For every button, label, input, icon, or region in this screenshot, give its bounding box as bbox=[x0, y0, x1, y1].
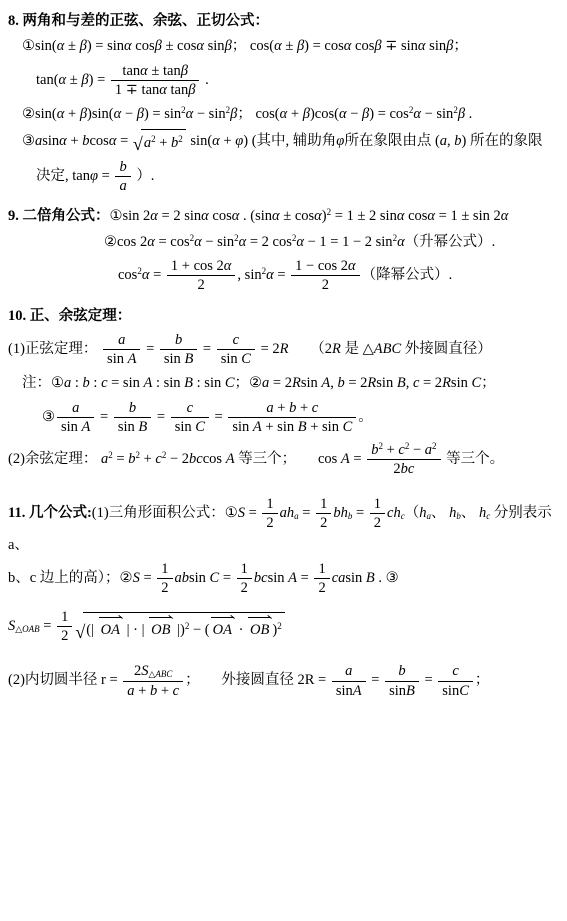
text-run: tan bbox=[167, 82, 188, 98]
math-variable: α bbox=[296, 234, 304, 250]
math-variable: β bbox=[188, 82, 195, 98]
text-run: sin bbox=[164, 351, 185, 367]
text-run: sin bbox=[451, 375, 472, 391]
text-run: （降幂公式）. bbox=[362, 267, 453, 283]
math-variable: A bbox=[82, 419, 91, 435]
math-variable: b bbox=[333, 505, 340, 521]
text-run: + bbox=[274, 400, 289, 416]
fraction: csin C bbox=[171, 399, 209, 436]
math-variable: B bbox=[298, 419, 307, 435]
text-run: = bbox=[421, 672, 436, 688]
fraction-numerator: 2S△ABC bbox=[123, 662, 183, 680]
text-run: = bbox=[274, 267, 289, 283]
text-run: 。 bbox=[358, 409, 373, 425]
math-variable: a bbox=[280, 505, 287, 521]
fraction-denominator: sin A + sin B + sin C bbox=[228, 417, 356, 436]
text-run: ；② bbox=[235, 375, 263, 391]
heading-text: 8. 两角和与差的正弦、余弦、正切公式： bbox=[8, 13, 269, 29]
fraction-denominator: a bbox=[115, 176, 130, 195]
math-variable: α bbox=[501, 208, 509, 224]
text-run: ± tan bbox=[148, 63, 181, 79]
sec10-sine-rule-extended: ③asin A = bsin B = csin C = a + b + csin… bbox=[42, 398, 563, 437]
fraction-denominator: sin B bbox=[114, 417, 151, 436]
math-variable: b bbox=[83, 375, 90, 391]
text-run: ± bbox=[64, 38, 79, 54]
text-run: sin bbox=[376, 375, 397, 391]
sec11-area-vector-formula: S△OAB = 12√(| OA | · | OB |)2 − (OA · OB… bbox=[8, 607, 563, 646]
text-run: (1)三角形面积公式：① bbox=[92, 505, 238, 521]
text-run: = bbox=[352, 505, 367, 521]
text-run: . ③ bbox=[375, 570, 399, 586]
math-variable: C bbox=[241, 351, 251, 367]
fraction-numerator: b bbox=[160, 331, 197, 349]
text-run: 、 bbox=[431, 505, 449, 521]
text-run: ± bbox=[66, 72, 81, 88]
text-run: 2 bbox=[241, 580, 248, 596]
math-variable: a bbox=[425, 442, 432, 458]
text-run: ②cos 2 bbox=[104, 234, 147, 250]
math-variable: b bbox=[398, 663, 405, 679]
math-variable: α bbox=[397, 234, 405, 250]
text-run: 所在象限由点 ( bbox=[344, 133, 439, 149]
math-variable: C bbox=[459, 683, 469, 699]
text-run: = bbox=[245, 505, 260, 521]
math-variable: α bbox=[266, 267, 274, 283]
fraction: 2S△ABCa + b + c bbox=[123, 662, 183, 699]
math-variable: c bbox=[187, 400, 193, 416]
sec8-auxiliary-angle: ③asinα + bcosα = √a2 + b2 sin(α + φ) (其中… bbox=[22, 129, 563, 154]
text-run: = bbox=[113, 451, 128, 467]
math-variable: β bbox=[80, 38, 87, 54]
math-variable: α bbox=[413, 106, 421, 122]
text-run: . bbox=[465, 106, 472, 122]
text-run: = bbox=[153, 409, 168, 425]
text-run: + bbox=[287, 106, 302, 122]
text-run: 1 bbox=[61, 609, 68, 625]
text-run: : sin bbox=[193, 375, 225, 391]
fraction: 12 bbox=[316, 495, 331, 532]
math-variable: ca bbox=[332, 570, 346, 586]
math-variable: β bbox=[81, 72, 88, 88]
fraction: 12 bbox=[370, 495, 385, 532]
vector-overline: OB bbox=[248, 619, 271, 641]
text-run: = bbox=[350, 451, 365, 467]
fraction-denominator: 2 bbox=[314, 578, 329, 597]
text-run: sin bbox=[268, 570, 289, 586]
sec8-heading: 8. 两角和与差的正弦、余弦、正切公式： bbox=[8, 10, 563, 32]
text-run: 1 bbox=[320, 496, 327, 512]
text-run: （升幂公式）. bbox=[405, 234, 496, 250]
text-run: (2)余弦定理： bbox=[8, 451, 101, 467]
math-variable: β bbox=[458, 106, 465, 122]
fraction-denominator: 2 bbox=[167, 275, 236, 294]
fraction-denominator: sin A bbox=[103, 349, 140, 368]
text-run: sin bbox=[389, 683, 406, 699]
text-run: sin bbox=[204, 38, 225, 54]
fraction-denominator: 2bc bbox=[367, 459, 440, 478]
text-run: 1 bbox=[161, 561, 168, 577]
fraction: 1 − cos 2α2 bbox=[291, 257, 360, 294]
text-run: cos bbox=[404, 208, 427, 224]
superscript: 2 bbox=[432, 441, 437, 451]
text-run: | · | bbox=[123, 622, 148, 638]
math-variable: β bbox=[303, 106, 310, 122]
text-run: b、c 边上的高）；② bbox=[8, 570, 133, 586]
fraction-numerator: b bbox=[385, 662, 419, 680]
math-variable: h bbox=[393, 505, 400, 521]
fraction: asin A bbox=[103, 331, 140, 368]
sec8-product-formula: ②sin(α + β)sin(α − β) = sin2α − sin2β； c… bbox=[22, 103, 563, 125]
text-run: = bbox=[149, 267, 164, 283]
text-run: 2 bbox=[374, 515, 381, 531]
math-variable: α bbox=[224, 258, 232, 274]
math-variable: S bbox=[133, 570, 140, 586]
fraction-numerator: c bbox=[438, 662, 473, 680]
text-run: = bbox=[297, 570, 312, 586]
math-variable: C bbox=[210, 570, 220, 586]
text-run: ± cos bbox=[280, 208, 315, 224]
text-run: cos bbox=[89, 133, 108, 149]
math-variable: b bbox=[119, 159, 126, 175]
fraction-numerator: 1 bbox=[314, 560, 329, 578]
text-run: ； bbox=[453, 38, 468, 54]
text-run: = bbox=[116, 133, 131, 149]
math-variable: b bbox=[175, 332, 182, 348]
math-variable: b bbox=[129, 400, 136, 416]
sec9-power-reduce: cos2α = 1 + cos 2α2, sin2α = 1 − cos 2α2… bbox=[118, 256, 563, 295]
text-run: ) = sin bbox=[144, 106, 181, 122]
text-run: tan( bbox=[36, 72, 59, 88]
text-run: 是 △ bbox=[341, 341, 374, 357]
math-variable: C bbox=[225, 375, 235, 391]
sec11-area-formula-1: 11. 几个公式:(1)三角形面积公式：①S = 12aha = 12bhb =… bbox=[8, 494, 563, 556]
text-run: 1 bbox=[318, 561, 325, 577]
text-run: 2 bbox=[198, 277, 205, 293]
text-run: 2 bbox=[322, 277, 329, 293]
text-run: − 1 = 1 − 2 sin bbox=[304, 234, 393, 250]
fraction-numerator: c bbox=[171, 399, 209, 417]
math-variable: α bbox=[147, 234, 155, 250]
text-run: = bbox=[299, 505, 314, 521]
sec11-radius-formulas: (2)内切圆半径 r = 2S△ABCa + b + c；外接圆直径 2R = … bbox=[8, 661, 563, 700]
fraction-denominator: a + b + c bbox=[123, 681, 183, 700]
text-run: ）. bbox=[133, 168, 155, 184]
text-run: ； bbox=[475, 672, 490, 688]
math-variable: A bbox=[288, 570, 297, 586]
fraction-denominator: 2 bbox=[316, 513, 331, 532]
fraction: asinA bbox=[332, 662, 366, 699]
math-variable: OB bbox=[250, 622, 269, 638]
text-run: . (sin bbox=[239, 208, 272, 224]
math-variable: α bbox=[140, 63, 148, 79]
math-variable: c bbox=[233, 332, 239, 348]
text-run: = 2 sin bbox=[158, 208, 201, 224]
text-run: 1 − cos 2 bbox=[295, 258, 348, 274]
text-run: − bbox=[409, 442, 424, 458]
fraction-denominator: sin B bbox=[160, 349, 197, 368]
fraction-numerator: b2 + c2 − a2 bbox=[367, 441, 440, 459]
fraction-denominator: sinB bbox=[385, 681, 419, 700]
fraction-denominator: 2 bbox=[291, 275, 360, 294]
text-run: = 2 bbox=[269, 375, 292, 391]
fraction-numerator: b bbox=[115, 158, 130, 176]
math-variable: B bbox=[184, 351, 193, 367]
sec10-heading: 10. 正、余弦定理： bbox=[8, 305, 563, 327]
text-run: 1 bbox=[241, 561, 248, 577]
math-variable: A bbox=[143, 375, 152, 391]
text-run: = sin bbox=[108, 375, 144, 391]
text-run: = bbox=[219, 570, 234, 586]
text-run: 1 bbox=[374, 496, 381, 512]
fraction-numerator: 1 bbox=[57, 608, 72, 626]
text-run: sin bbox=[426, 38, 447, 54]
math-variable: α bbox=[418, 38, 426, 54]
vector-overline: OB bbox=[149, 619, 172, 641]
math-variable: α bbox=[159, 82, 167, 98]
text-run: sin bbox=[42, 133, 59, 149]
fraction: tanα ± tanβ1 ∓ tanα tanβ bbox=[111, 62, 200, 99]
math-variable: A bbox=[128, 351, 137, 367]
text-run: − bbox=[347, 106, 362, 122]
fraction-numerator: c bbox=[217, 331, 255, 349]
text-run: sin bbox=[345, 570, 366, 586]
math-variable: A bbox=[253, 419, 262, 435]
text-run: ) = sin bbox=[87, 38, 124, 54]
text-run: + sin bbox=[262, 419, 298, 435]
fraction-numerator: 1 + cos 2α bbox=[167, 257, 236, 275]
text-run: 2 bbox=[318, 580, 325, 596]
text-run: + bbox=[296, 400, 311, 416]
text-run: = bbox=[98, 168, 113, 184]
sec10-sine-rule: (1)正弦定理： asin A = bsin B = csin C = 2R（2… bbox=[8, 330, 563, 369]
text-run: : sin bbox=[152, 375, 184, 391]
fraction-denominator: 2 bbox=[157, 578, 172, 597]
fraction-denominator: sinA bbox=[332, 681, 366, 700]
text-run: 2 bbox=[277, 621, 282, 631]
math-variable: α bbox=[272, 208, 280, 224]
text-run: + bbox=[135, 683, 150, 699]
fraction: ba bbox=[115, 158, 130, 195]
math-variable: A bbox=[321, 375, 330, 391]
sec9-double-angle-cos: ②cos 2α = cos2α − sin2α = 2 cos2α − 1 = … bbox=[104, 231, 563, 253]
text-run: 2 bbox=[161, 580, 168, 596]
math-variable: α bbox=[201, 208, 209, 224]
text-run: · bbox=[235, 622, 247, 638]
text-run: − 2 bbox=[166, 451, 189, 467]
text-run: + bbox=[383, 442, 398, 458]
sec8-auxiliary-angle-cont: 决定, tanφ = ba ）. bbox=[36, 157, 563, 196]
fraction-denominator: 2 bbox=[262, 513, 277, 532]
fraction-numerator: a + b + c bbox=[228, 399, 356, 417]
math-variable: α bbox=[274, 38, 282, 54]
text-run: cos bbox=[132, 38, 155, 54]
text-run: ∓ sin bbox=[382, 38, 418, 54]
heading-text: 11. 几个公式: bbox=[8, 505, 92, 521]
text-run: ③ bbox=[22, 133, 35, 149]
math-variable: ab bbox=[175, 570, 190, 586]
fraction: 12 bbox=[157, 560, 172, 597]
math-variable: φ bbox=[90, 168, 98, 184]
text-run: , sin bbox=[237, 267, 261, 283]
math-variable: R bbox=[280, 341, 289, 357]
text-run: sin bbox=[107, 351, 128, 367]
text-run: cos bbox=[318, 451, 341, 467]
fraction: bsinB bbox=[385, 662, 419, 699]
math-variable: c bbox=[173, 683, 179, 699]
fraction: 1 + cos 2α2 bbox=[167, 257, 236, 294]
text-run: 2 bbox=[266, 515, 273, 531]
fraction-numerator: 1 − cos 2α bbox=[291, 257, 360, 275]
vector-overline: OA bbox=[211, 619, 234, 641]
text-run: cos bbox=[351, 38, 374, 54]
text-run: sin bbox=[175, 419, 196, 435]
fraction-numerator: a bbox=[103, 331, 140, 349]
text-run: )sin( bbox=[87, 106, 114, 122]
text-run: 、 bbox=[461, 505, 479, 521]
fraction: 12 bbox=[57, 608, 72, 645]
square-root: √(| OA | · | OB |)2 − (OA · OB)2 bbox=[75, 612, 284, 641]
math-variable: α bbox=[427, 208, 435, 224]
text-run: 外接圆直径） bbox=[401, 341, 492, 357]
math-variable: S bbox=[141, 663, 148, 679]
text-run: ) 所在的象限 bbox=[462, 133, 543, 149]
fraction: 12 bbox=[237, 560, 252, 597]
text-run: = bbox=[142, 341, 157, 357]
text-run: 注：① bbox=[22, 375, 64, 391]
text-run: + bbox=[220, 133, 235, 149]
math-variable: a bbox=[266, 400, 273, 416]
text-run: 1 + cos 2 bbox=[171, 258, 224, 274]
math-variable: R bbox=[367, 375, 376, 391]
fraction-denominator: sin A bbox=[57, 417, 94, 436]
math-variable: A bbox=[353, 683, 362, 699]
math-variable: ABC bbox=[155, 669, 172, 679]
text-run: = 1 ± sin 2 bbox=[435, 208, 501, 224]
math-variable: β bbox=[155, 38, 162, 54]
text-run: 等三个。 bbox=[443, 451, 505, 467]
text-run: ± cos bbox=[162, 38, 197, 54]
radicand: (| OA | · | OB |)2 − (OA · OB)2 bbox=[83, 612, 284, 641]
text-run: sin bbox=[232, 419, 253, 435]
square-root: √a2 + b2 bbox=[133, 129, 186, 154]
fraction: bsin B bbox=[114, 399, 151, 436]
text-run: ) (其中, 辅助角 bbox=[243, 133, 336, 149]
text-run: 等三个； bbox=[235, 451, 297, 467]
math-variable: a bbox=[440, 133, 447, 149]
math-variable: A bbox=[341, 451, 350, 467]
text-run: = bbox=[199, 341, 214, 357]
text-run: (1)正弦定理： bbox=[8, 341, 101, 357]
fraction-numerator: tanα ± tanβ bbox=[111, 62, 200, 80]
text-run: (| bbox=[86, 622, 97, 638]
math-variable: a bbox=[72, 400, 79, 416]
sec8-tan-formula: tan(α ± β) = tanα ± tanβ1 ∓ tanα tanβ . bbox=[36, 61, 563, 100]
math-variable: A bbox=[226, 451, 235, 467]
text-run: + bbox=[67, 133, 82, 149]
text-run: + bbox=[64, 106, 79, 122]
text-run: 2 bbox=[61, 628, 68, 644]
fraction-numerator: b bbox=[114, 399, 151, 417]
text-run: − ( bbox=[189, 622, 209, 638]
fraction-numerator: 1 bbox=[237, 560, 252, 578]
math-variable: c bbox=[452, 663, 458, 679]
text-run: = 2 cos bbox=[246, 234, 292, 250]
math-variable: bc bbox=[254, 570, 268, 586]
math-variable: B bbox=[366, 570, 375, 586]
math-variable: β bbox=[225, 38, 232, 54]
heading-text: 10. 正、余弦定理： bbox=[8, 308, 131, 324]
fraction-denominator: 2 bbox=[237, 578, 252, 597]
text-run: ； cos( bbox=[232, 38, 274, 54]
fraction-numerator: 1 bbox=[157, 560, 172, 578]
fraction-denominator: 2 bbox=[57, 626, 72, 645]
math-variable: S bbox=[238, 505, 245, 521]
text-run: sin bbox=[336, 683, 353, 699]
text-run: sin bbox=[442, 683, 459, 699]
math-variable: β bbox=[374, 38, 381, 54]
text-run: 2 bbox=[393, 461, 400, 477]
math-variable: bc bbox=[401, 461, 415, 477]
subscript: △OAB bbox=[15, 624, 39, 634]
text-run: ± bbox=[282, 38, 297, 54]
text-run: （2 bbox=[310, 341, 332, 357]
text-run: , bbox=[406, 375, 413, 391]
fraction-denominator: sinC bbox=[438, 681, 473, 700]
text-run: = bbox=[40, 618, 55, 634]
text-run: 2 bbox=[320, 515, 327, 531]
text-run: = bbox=[211, 409, 226, 425]
text-run: : bbox=[90, 375, 101, 391]
text-run: )cos( bbox=[310, 106, 339, 122]
text-run: + bbox=[157, 683, 172, 699]
text-run: − sin bbox=[193, 106, 225, 122]
fraction-numerator: 1 bbox=[316, 495, 331, 513]
math-variable: α bbox=[150, 208, 158, 224]
text-run: cos bbox=[203, 451, 226, 467]
math-variable: β bbox=[137, 106, 144, 122]
math-variable: β bbox=[80, 106, 87, 122]
text-run: = cos bbox=[155, 234, 190, 250]
text-run: cos bbox=[209, 208, 232, 224]
vector-overline: OA bbox=[99, 619, 122, 641]
math-variable: OB bbox=[151, 622, 170, 638]
text-run: |) bbox=[173, 622, 184, 638]
fraction: asin A bbox=[57, 399, 94, 436]
fraction: 12 bbox=[262, 495, 277, 532]
text-run: ①sin( bbox=[22, 38, 57, 54]
text-run: : bbox=[71, 375, 82, 391]
math-variable: a bbox=[345, 663, 352, 679]
sec10-cosine-rule: (2)余弦定理： a2 = b2 + c2 − 2bccos A 等三个；cos… bbox=[8, 440, 563, 479]
text-run: 1 bbox=[266, 496, 273, 512]
text-run: ； cos( bbox=[237, 106, 279, 122]
fraction: a + b + csin A + sin B + sin C bbox=[228, 399, 356, 436]
math-variable: a bbox=[118, 332, 125, 348]
fraction-numerator: a bbox=[332, 662, 366, 680]
math-variable: bc bbox=[189, 451, 203, 467]
math-variable: α bbox=[59, 133, 67, 149]
text-run: ； bbox=[481, 375, 496, 391]
fraction-denominator: sin C bbox=[217, 349, 255, 368]
text-run: = 1 ± 2 sin bbox=[331, 208, 397, 224]
text-run: = bbox=[368, 672, 383, 688]
fraction: b2 + c2 − a22bc bbox=[367, 441, 440, 478]
text-run: = 2 bbox=[419, 375, 442, 391]
text-run: sin bbox=[301, 375, 322, 391]
fraction-denominator: 2 bbox=[370, 513, 385, 532]
math-variable: OAB bbox=[22, 624, 39, 634]
math-variable: b bbox=[337, 375, 344, 391]
